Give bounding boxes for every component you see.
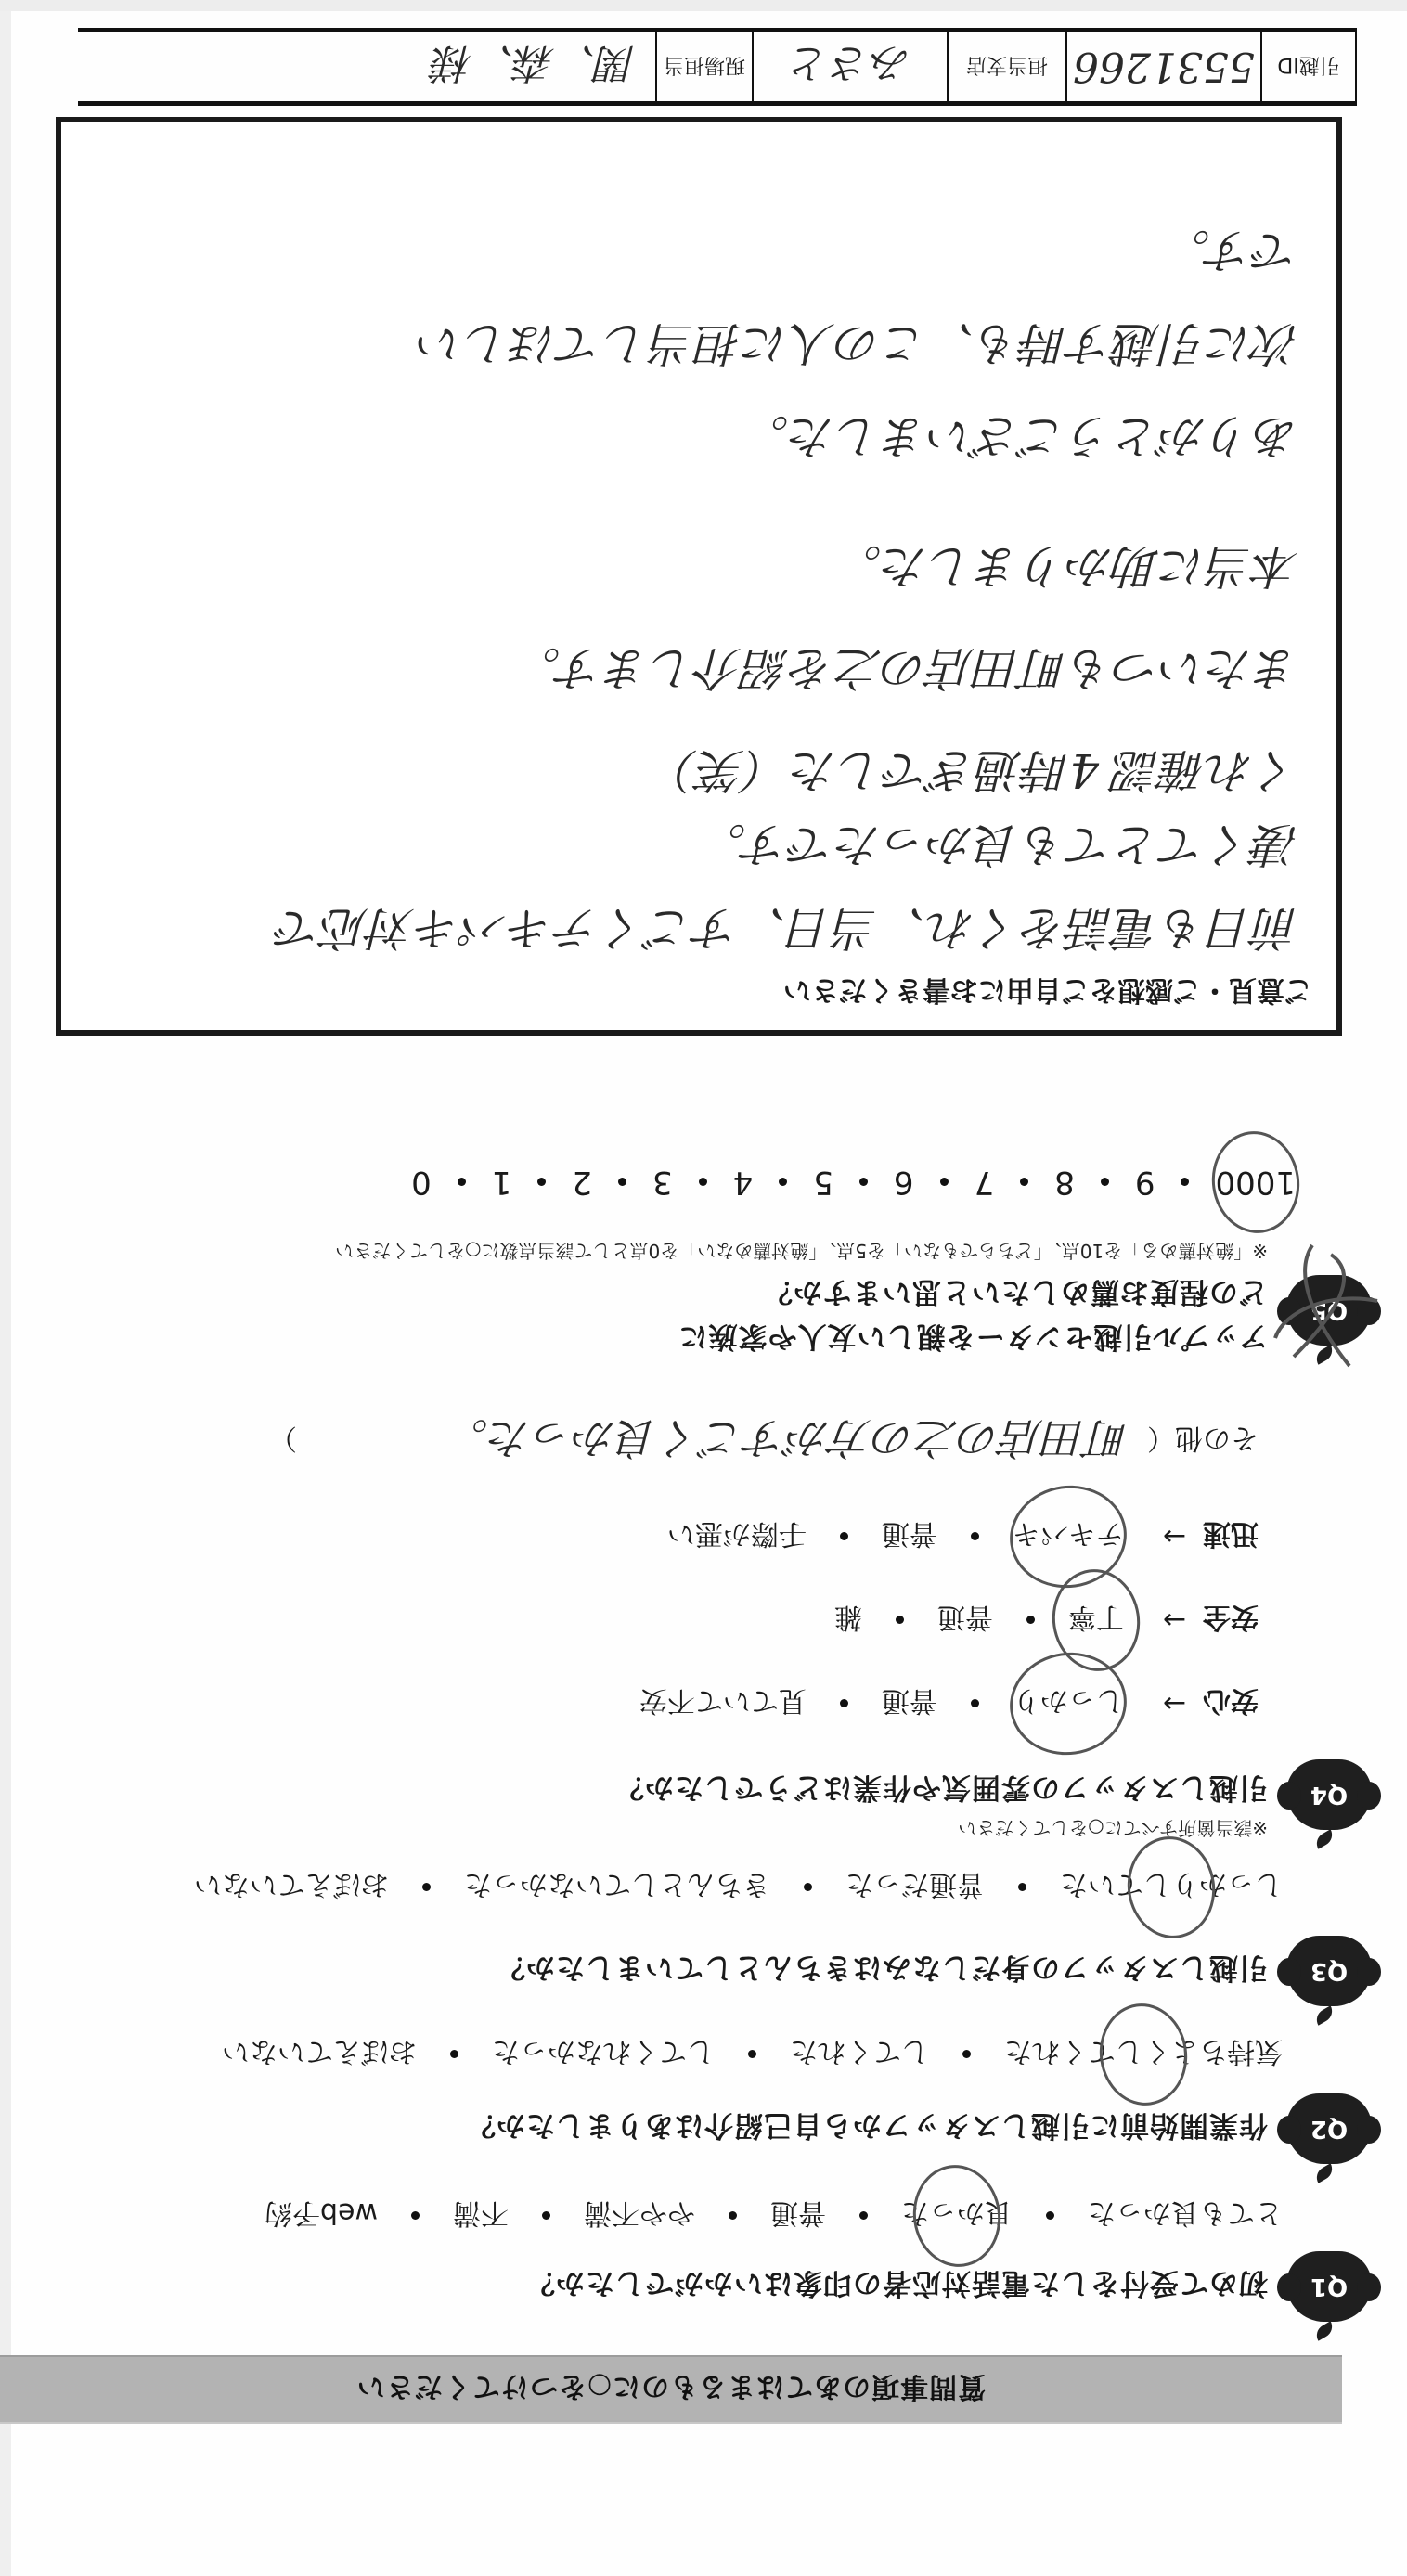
dot-separator [804,1884,812,1892]
comments-title: ご意見・ご感想をご自由にお書きください [783,972,1312,1013]
row-label: 安全 [1203,1600,1259,1641]
q1-option-average[interactable]: 普通 [768,2196,828,2236]
dot-separator [458,1179,466,1187]
arrow-icon: → [1163,1521,1186,1553]
q4-safety-careful-selected[interactable]: 丁寧 [1066,1600,1126,1641]
q3-question: 引越しスタッフの身だしなみはきちんとしていましたか？ [496,1950,1268,1991]
leaf-icon [1312,2321,1336,2340]
question-q5: Q5 アップル引越センターを親しい友人や家族に どの程度お薦めしたいと思いますか… [0,1054,1407,1370]
dot-separator [896,1616,904,1625]
score-0[interactable]: 0 [409,1164,433,1201]
q4-other: その他（ 町田店の之の方がすごく良かった。 ） [269,1410,1259,1472]
q4-other-label: その他（ [1147,1421,1259,1462]
q4-safety-average[interactable]: 普通 [936,1600,995,1641]
question-q2: Q2 作業開始前に引越しスタッフから自己紹介はありましたか？ 気持ちよくしてくれ… [0,2038,1407,2168]
handwritten-scribble-icon [1266,1236,1387,1375]
q2-badge: Q2 [1286,2093,1372,2164]
q4-speed-clumsy[interactable]: 手際が悪い [665,1516,808,1557]
q3-option-average[interactable]: 普通だった [844,1867,987,1908]
score-6[interactable]: 6 [892,1164,916,1201]
q5-score-scale: 1000 9 8 7 6 5 4 3 2 1 0 [409,1164,1297,1201]
score-8[interactable]: 8 [1052,1164,1077,1201]
q1-badge: Q1 [1286,2251,1372,2322]
comment-line: またいつも町田店の之を紹介します。 [514,638,1299,705]
comment-line: くれ確認 4時過ぎでした（笑） [652,741,1299,807]
score-10-selected[interactable]: 1000 [1213,1164,1297,1201]
q4-badge: Q4 [1286,1759,1372,1830]
q4-other-close: ） [269,1421,297,1462]
score-7[interactable]: 7 [973,1164,997,1201]
dot-separator [1046,2212,1054,2221]
q4-reassurance-average[interactable]: 普通 [880,1683,939,1724]
q4-row-reassurance: 安心 → しっかり 普通 見ていて不安 [638,1683,1259,1724]
dot-separator [1018,1884,1026,1892]
q2-option-pleasant-intro-selected[interactable]: 気持ちよくしてくれた [1002,2034,1284,2075]
q4-other-handwritten[interactable]: 町田店の之の方がすごく良かった。 [445,1410,1129,1472]
q1-option-dissatisfied[interactable]: 不満 [451,2196,510,2236]
banner-text: 質問事項のあてはまるものに○をつけてください [356,2369,986,2410]
dot-separator [450,2051,458,2059]
dot-separator [542,2212,550,2221]
dot-separator [971,1700,979,1708]
q3-option-dont-remember[interactable]: おぼえていない [192,1867,391,1908]
dot-separator [962,2051,971,2059]
dot-separator [1020,1179,1028,1187]
comment-line: 次に引越す時も、この人に担当してほしい [418,314,1299,380]
dot-separator [1101,1179,1109,1187]
score-5[interactable]: 5 [811,1164,835,1201]
dot-separator [422,1884,431,1892]
question-q3: Q3 引越しスタッフの身だしなみはきちんとしていましたか？ しっかりしていた 普… [0,1871,1407,2010]
q2-option-dont-remember[interactable]: おぼえていない [220,2034,419,2075]
arrow-icon: → [1163,1604,1186,1637]
q3-badge: Q3 [1286,1936,1372,2006]
move-id-value-cell[interactable]: 5531266 [1065,32,1260,101]
survey-sheet: 質問事項のあてはまるものに○をつけてください Q1 初めて受付をした電話対応者の… [0,0,1407,2576]
dot-separator [859,1179,868,1187]
comment-line: ありがとうございました。 [742,406,1299,473]
q2-question: 作業開始前に引越しスタッフから自己紹介はありましたか？ [466,2107,1268,2149]
scan-edge-bottom [0,0,1407,11]
q5-note: ※「絶対薦める」を10点、「どちらでもない」を5点、「絶対薦めない」を0点として… [335,1239,1268,1266]
row-label: 迅速 [1203,1516,1259,1557]
score-3[interactable]: 3 [651,1164,675,1201]
score-1[interactable]: 1 [490,1164,514,1201]
row-label: 安心 [1203,1683,1259,1724]
header-table: 引越ID 5531266 担当支店 みさと 現場担当 関、森、様 [78,28,1357,106]
comments-box[interactable]: ご意見・ご感想をご自由にお書きください 前日も電話をくれ、当日、すごくテキパキ対… [56,117,1342,1036]
q2-option-no-intro[interactable]: してくれなかった [490,2034,716,2075]
question-q1: Q1 初めて受付をした電話対応者の印象はいかがでしたか？ とても良かった 良かっ… [0,2196,1407,2325]
score-2[interactable]: 2 [570,1164,594,1201]
dot-separator [729,2212,737,2221]
q1-option-very-good[interactable]: とても良かった [1086,2196,1284,2236]
comment-line: 凄くてとても良かったです。 [700,815,1299,882]
score-9[interactable]: 9 [1133,1164,1157,1201]
comment-line: 本当に助かりました。 [835,536,1299,603]
dot-separator [748,2051,756,2059]
q1-option-web-booking[interactable]: web予約 [263,2196,380,2236]
dot-separator [940,1179,949,1187]
move-id-label-cell: 引越ID [1260,32,1357,101]
q3-option-not-neat[interactable]: きちんとしていなかった [462,1867,772,1908]
comment-line: です。 [1164,221,1299,288]
dot-separator [411,2212,420,2221]
instruction-banner: 質問事項のあてはまるものに○をつけてください [0,2355,1342,2424]
dot-separator [840,1533,848,1541]
q3-options: しっかりしていた 普通だった きちんとしていなかった おぼえていない [192,1867,1284,1908]
leaf-icon [1312,2163,1336,2183]
dot-separator [840,1700,848,1708]
q1-options: とても良かった 良かった 普通 やや不満 不満 web予約 [263,2196,1284,2236]
q3-option-neat-selected[interactable]: しっかりしていた [1058,1867,1284,1908]
q5-question-line2: どの程度お薦めしたいと思いますか？ [763,1274,1268,1316]
q1-option-good-selected[interactable]: 良かった [899,2196,1014,2236]
dot-separator [1026,1616,1035,1625]
q1-question: 初めて受付をした電話対応者の印象はいかがでしたか？ [525,2265,1268,2307]
score-4[interactable]: 4 [731,1164,755,1201]
q4-safety-rough[interactable]: 雑 [833,1600,864,1641]
q5-question-line1: アップル引越センターを親しい友人や家族に [678,1319,1268,1360]
question-q4: Q4 引越しスタッフの雰囲気や作業はどうでしたか？ ※該当箇所すべてに○をしてく… [0,1388,1407,1834]
dot-separator [1181,1179,1189,1187]
q1-option-somewhat-dissatisfied[interactable]: やや不満 [582,2196,697,2236]
dot-separator [971,1533,979,1541]
leaf-icon [1312,2005,1336,2025]
dot-separator [618,1179,626,1187]
branch-label-cell: 担当支店 [947,32,1065,101]
q2-option-intro[interactable]: してくれた [788,2034,931,2075]
q4-question: 引越しスタッフの雰囲気や作業はどうでしたか？ [614,1770,1268,1811]
q4-row-safety: 安全 → 丁寧 普通 雑 [833,1600,1259,1641]
arrow-icon: → [1163,1688,1186,1720]
q4-reassurance-solid-selected[interactable]: しっかり [1011,1683,1126,1724]
staff-value-cell[interactable]: 関、森、様 [78,32,655,101]
leaf-icon [1312,1829,1336,1848]
dot-separator [699,1179,707,1187]
staff-label-cell: 現場担当 [655,32,752,101]
q4-reassurance-worrying[interactable]: 見ていて不安 [638,1683,808,1724]
branch-value-cell[interactable]: みさと [752,32,947,101]
dot-separator [537,1179,546,1187]
dot-separator [779,1179,787,1187]
q4-note: ※該当箇所すべてに○をしてください [958,1816,1268,1843]
q4-speed-average[interactable]: 普通 [880,1516,939,1557]
q2-options: 気持ちよくしてくれた してくれた してくれなかった おぼえていない [220,2034,1284,2075]
dot-separator [859,2212,868,2221]
q4-speed-brisk-selected[interactable]: テキパキ [1011,1516,1126,1557]
comment-line: 前日も電話をくれ、当日、すごくテキパキ対応で [276,898,1299,965]
q4-row-speed: 迅速 → テキパキ 普通 手際が悪い [665,1516,1259,1557]
